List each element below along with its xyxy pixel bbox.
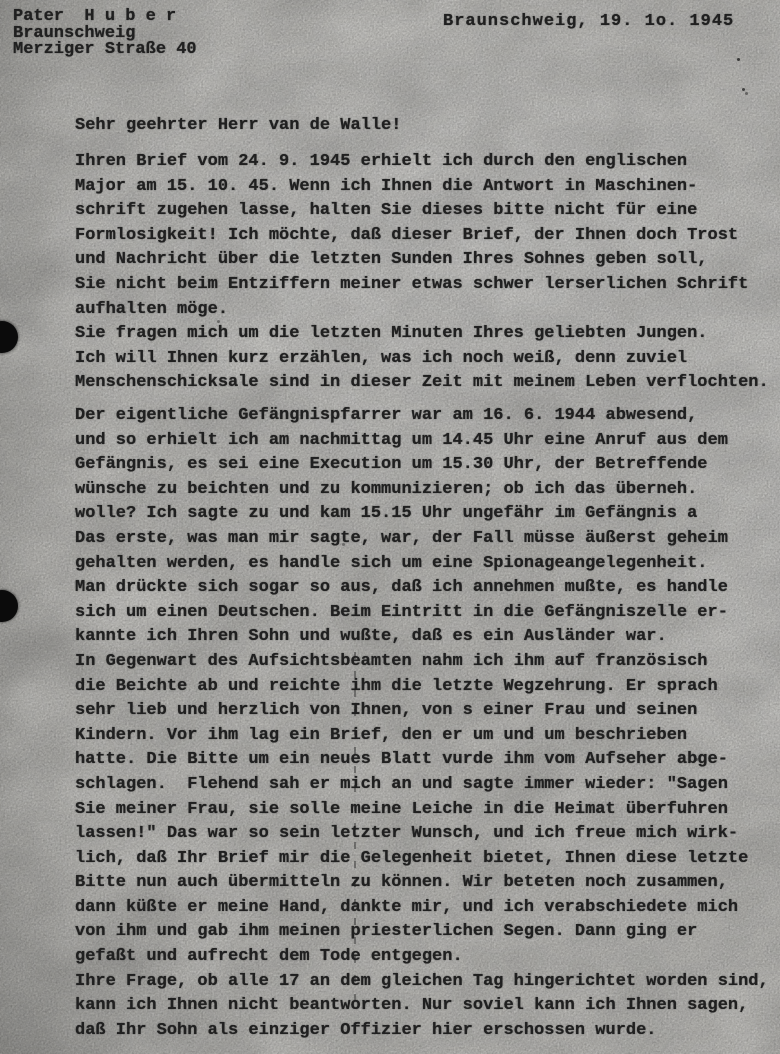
letter-line: Ich will Ihnen kurz erzählen, was ich no… bbox=[75, 347, 769, 372]
letter-line: Ihren Brief vom 24. 9. 1945 erhielt ich … bbox=[75, 150, 769, 175]
letter-line: schrift zugehen lasse, halten Sie dieses… bbox=[75, 199, 769, 224]
hole-punch-top bbox=[0, 321, 18, 353]
letter-line: schlagen. Flehend sah er mich an und sag… bbox=[75, 773, 769, 798]
letter-line: wolle? Ich sagte zu und kam 15.15 Uhr un… bbox=[75, 502, 769, 527]
letter-line: Menschenschicksale sind in dieser Zeit m… bbox=[75, 371, 769, 396]
hole-punch-bottom bbox=[0, 590, 18, 622]
letter-line: lassen!" Das war so sein letzter Wunsch,… bbox=[75, 822, 769, 847]
letter-line: dann küßte er meine Hand, dankte mir, un… bbox=[75, 896, 769, 921]
sender-line: Merziger Straße 40 bbox=[13, 42, 197, 59]
letter-line: sehr lieb und herzlich von Ihnen, von s … bbox=[75, 699, 769, 724]
letter-paragraph-1: Ihren Brief vom 24. 9. 1945 erhielt ich … bbox=[75, 150, 769, 396]
letter-line: Sie nicht beim Entziffern meiner etwas s… bbox=[75, 273, 769, 298]
letter-line: Gefängnis, es sei eine Execution um 15.3… bbox=[75, 453, 769, 478]
letter-line: Sie fragen mich um die letzten Minuten I… bbox=[75, 322, 769, 347]
letter-line: aufhalten möge. bbox=[75, 298, 769, 323]
letter-line: daß Ihr Sohn als einziger Offizier hier … bbox=[75, 1019, 769, 1044]
letter-line: Formlosigkeit! Ich möchte, daß dieser Br… bbox=[75, 224, 769, 249]
letter-line: kann ich Ihnen nicht beantworten. Nur so… bbox=[75, 994, 769, 1019]
letter-line: Bitte nun auch übermitteln zu können. Wi… bbox=[75, 871, 769, 896]
letter-line: gehalten werden, es handle sich um eine … bbox=[75, 552, 769, 577]
letter-line: Ihre Frage, ob alle 17 an dem gleichen T… bbox=[75, 970, 769, 995]
salutation: Sehr geehrter Herr van de Walle! bbox=[75, 116, 401, 135]
letter-line: von ihm und gab ihm meinen priesterliche… bbox=[75, 920, 769, 945]
letter-line: die Beichte ab und reichte ihm die letzt… bbox=[75, 675, 769, 700]
letter-line: Man drückte sich sogar so aus, daß ich a… bbox=[75, 576, 769, 601]
letter-line: und so erhielt ich am nachmittag um 14.4… bbox=[75, 429, 769, 454]
paper-specks bbox=[737, 58, 740, 61]
letter-line: Major am 15. 10. 45. Wenn ich Ihnen die … bbox=[75, 175, 769, 200]
letter-line: wünsche zu beichten und zu kommunizieren… bbox=[75, 478, 769, 503]
letter-line: und Nachricht über die letzten Sunden Ih… bbox=[75, 248, 769, 273]
letter-line: Das erste, was man mir sagte, war, der F… bbox=[75, 527, 769, 552]
letter-paragraph-2: Der eigentliche Gefängnispfarrer war am … bbox=[75, 404, 769, 1043]
sender-address-block: Pater H u b e rBraunschweigMerziger Stra… bbox=[13, 9, 197, 59]
letter-page: Pater H u b e rBraunschweigMerziger Stra… bbox=[0, 0, 780, 1054]
letter-line: Kindern. Vor ihm lag ein Brief, den er u… bbox=[75, 724, 769, 749]
letter-line: hatte. Die Bitte um ein neues Blatt vurd… bbox=[75, 748, 769, 773]
dateline: Braunschweig, 19. 1o. 1945 bbox=[443, 12, 734, 31]
letter-line: Der eigentliche Gefängnispfarrer war am … bbox=[75, 404, 769, 429]
letter-line: kannte ich Ihren Sohn und wußte, daß es … bbox=[75, 625, 769, 650]
letter-line: Sie meiner Frau, sie solle meine Leiche … bbox=[75, 798, 769, 823]
letter-line: sich um einen Deutschen. Beim Eintritt i… bbox=[75, 601, 769, 626]
letter-line: lich, daß Ihr Brief mir die Gelegenheit … bbox=[75, 847, 769, 872]
letter-line: In Gegenwart des Aufsichtsbeamten nahm i… bbox=[75, 650, 769, 675]
letter-line: gefaßt und aufrecht dem Tode entgegen. bbox=[75, 945, 769, 970]
